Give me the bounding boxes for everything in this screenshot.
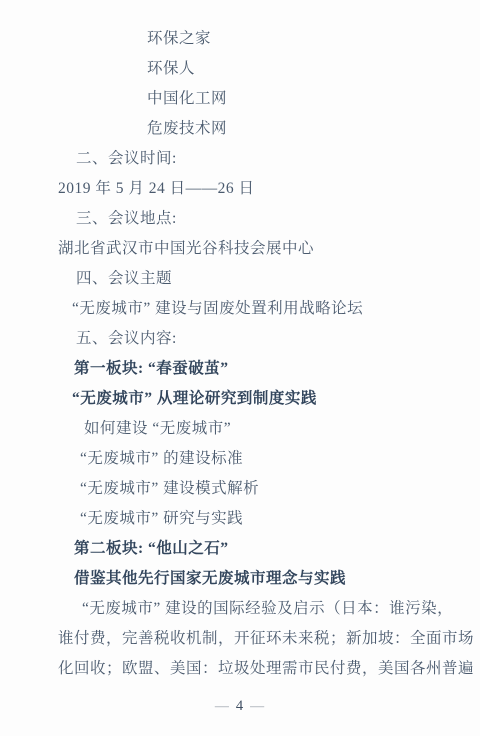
meeting-theme: “无废城市” 建设与固废处置利用战略论坛 — [72, 294, 456, 324]
paragraph-line: 谁付费，完善税收机制，开征环未来税；新加坡：全面市场 — [58, 624, 456, 654]
plate-1-subtitle: “无废城市” 从理论研究到制度实践 — [72, 384, 456, 414]
footer-page-number: 4 — [236, 698, 244, 714]
media-list-item: 环保之家 — [147, 24, 456, 54]
agenda-topic: “无废城市” 的建设标准 — [80, 444, 456, 474]
section-heading-time: 二、会议时间: — [76, 144, 456, 174]
section-heading-theme: 四、会议主题 — [76, 264, 456, 294]
page-number-footer: —4— — [0, 698, 480, 715]
agenda-topic: 如何建设 “无废城市” — [84, 414, 456, 444]
footer-dash-right: — — [250, 699, 265, 714]
section-heading-agenda: 五、会议内容: — [76, 324, 456, 354]
plate-1-heading: 第一板块: “春蚕破茧” — [74, 354, 456, 384]
plate-2-heading: 第二板块: “他山之石” — [74, 534, 456, 564]
media-list-item: 危废技术网 — [147, 114, 456, 144]
footer-dash-left: — — [215, 699, 230, 714]
agenda-topic: “无废城市” 研究与实践 — [80, 504, 456, 534]
section-heading-venue: 三、会议地点: — [76, 204, 456, 234]
plate-2-subtitle: 借鉴其他先行国家无废城市理念与实践 — [74, 564, 456, 594]
agenda-topic: “无废城市” 建设模式解析 — [80, 474, 456, 504]
media-list-item: 中国化工网 — [147, 84, 456, 114]
meeting-date: 2019 年 5 月 24 日——26 日 — [58, 174, 456, 204]
scanned-document-page: 环保之家 环保人 中国化工网 危废技术网 二、会议时间: 2019 年 5 月 … — [0, 0, 480, 736]
paragraph-line: 化回收；欧盟、美国：垃圾处理需市民付费，美国各州普遍 — [58, 654, 456, 684]
paragraph-line: “无废城市” 建设的国际经验及启示（日本：谁污染， — [82, 594, 456, 624]
meeting-venue: 湖北省武汉市中国光谷科技会展中心 — [58, 234, 456, 264]
media-list-item: 环保人 — [147, 54, 456, 84]
